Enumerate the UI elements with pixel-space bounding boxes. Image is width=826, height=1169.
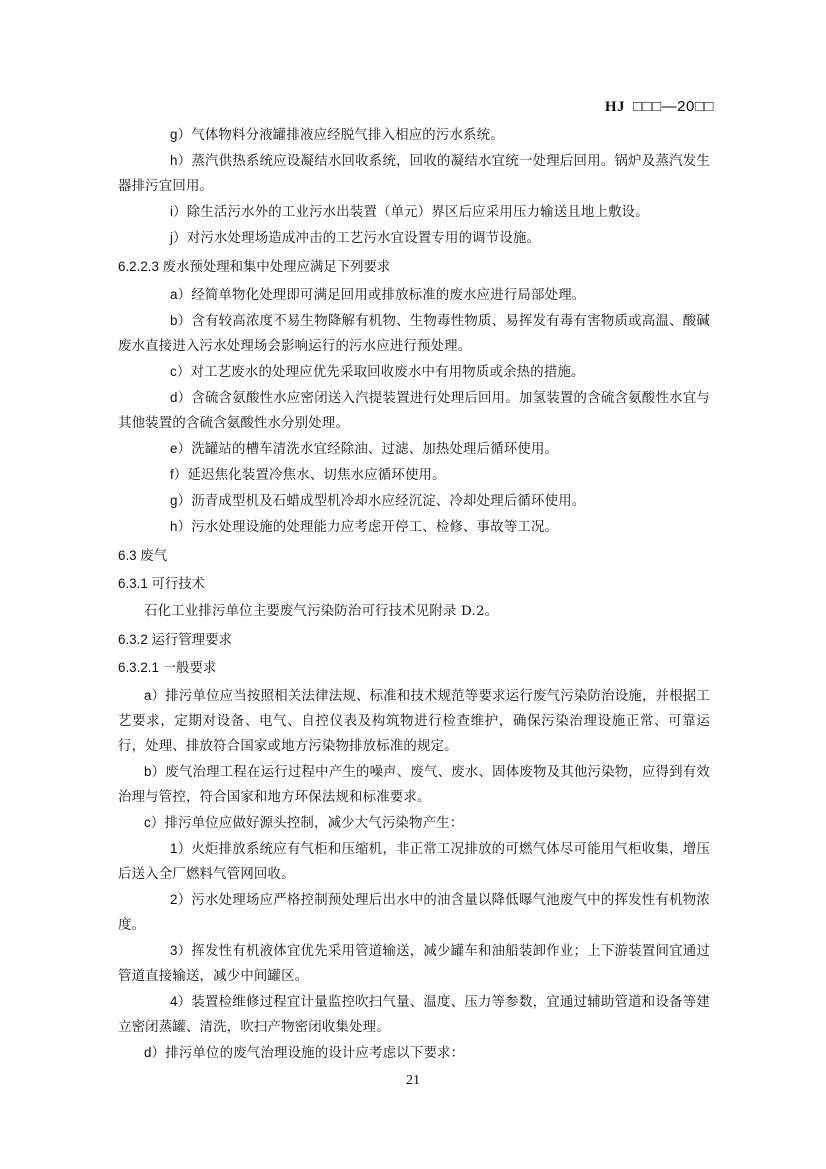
list-label: e） [170, 441, 191, 456]
list-label: c） [144, 815, 165, 830]
paragraph: c）排污单位应做好源头控制，减少大气污染物产生： [118, 810, 710, 836]
list-label: d） [170, 390, 191, 405]
paragraph-text: 排污单位应做好源头控制，减少大气污染物产生： [165, 816, 464, 831]
page-number: 21 [0, 1073, 826, 1089]
paragraph: g）沥青成型机及石蜡成型机冷却水应经沉淀、冷却处理后循环使用。 [118, 488, 710, 514]
section-heading: 6.3.2 运行管理要求 [118, 627, 710, 652]
paragraph: 4）装置检维修过程宜计量监控吹扫气量、温度、压力等参数，宜通过辅助管道和设备等建… [118, 989, 710, 1040]
paragraph-text: 废气治理工程在运行过程中产生的噪声、废气、废水、固体废物及其他污染物，应得到有效… [118, 765, 710, 805]
paragraph: 1）火炬排放系统应有气柜和压缩机，非正常工况排放的可燃气体尽可能用气柜收集，增压… [118, 836, 710, 887]
list-label: f） [170, 467, 188, 482]
paragraph: 石化工业排污单位主要废气污染防治可行技术见附录 D.2。 [118, 599, 710, 624]
paragraph-text: 挥发性有机液体宜优先采用管道输送，减少罐车和油船装卸作业；上下游装置间宜通过管道… [118, 944, 710, 984]
paragraph: a）排污单位应当按照相关法律法规、标准和技术规范等要求运行废气污染防治设施，并根… [118, 683, 710, 759]
paragraph-text: 蒸汽供热系统应设凝结水回收系统，回收的凝结水宜统一处理后回用。锅炉及蒸汽发生器排… [118, 154, 710, 194]
paragraph: j）对污水处理场造成冲击的工艺污水宜设置专用的调节设施。 [118, 225, 710, 251]
list-label: b） [170, 313, 191, 328]
paragraph-text: 污水处理场应严格控制预处理后出水中的油含量以降低曝气池废气中的挥发性有机物浓度。 [118, 893, 710, 933]
paragraph-text: 火炬排放系统应有气柜和压缩机，非正常工况排放的可燃气体尽可能用气柜收集，增压后送… [118, 842, 710, 882]
list-label: g） [170, 493, 191, 508]
list-label: h） [170, 153, 191, 168]
paragraph-text: 对工艺废水的处理应优先采取回收废水中有用物质或余热的措施。 [191, 365, 585, 380]
paragraph: h）蒸汽供热系统应设凝结水回收系统，回收的凝结水宜统一处理后回用。锅炉及蒸汽发生… [118, 148, 710, 199]
paragraph: b）废气治理工程在运行过程中产生的噪声、废气、废水、固体废物及其他污染物，应得到… [118, 759, 710, 810]
list-label: j） [170, 230, 187, 245]
section-heading: 6.3 废气 [118, 543, 710, 568]
list-label: g） [170, 127, 191, 142]
list-label: 1） [170, 841, 191, 856]
document-header: HJ□□□—20□□ [605, 97, 714, 116]
paragraph-text: 洗罐站的槽车清洗水宜经除油、过滤、加热处理后循环使用。 [191, 442, 558, 457]
paragraph: b）含有较高浓度不易生物降解有机物、生物毒性物质、易挥发有毒有害物质或高温、酸碱… [118, 308, 710, 359]
list-label: a） [170, 287, 191, 302]
paragraph: c）对工艺废水的处理应优先采取回收废水中有用物质或余热的措施。 [118, 359, 710, 385]
paragraph-text: 沥青成型机及石蜡成型机冷却水应经沉淀、冷却处理后循环使用。 [191, 494, 585, 509]
paragraph: i）除生活污水外的工业污水出装置（单元）界区后应采用压力输送且地上敷设。 [118, 199, 710, 225]
paragraph: f）延迟焦化装置冷焦水、切焦水应循环使用。 [118, 462, 710, 488]
paragraph-text: 气体物料分液罐排液应经脱气排入相应的污水系统。 [191, 128, 504, 143]
paragraph-text: 经简单物化处理即可满足回用或排放标准的废水应进行局部处理。 [191, 288, 585, 303]
list-label: i） [170, 204, 187, 219]
standard-prefix: HJ [605, 99, 625, 115]
paragraph-text: 排污单位的废气治理设施的设计应考虑以下要求： [165, 1046, 464, 1061]
paragraph: 3）挥发性有机液体宜优先采用管道输送，减少罐车和油船装卸作业；上下游装置间宜通过… [118, 938, 710, 989]
section-heading: 6.3.1 可行技术 [118, 571, 710, 596]
list-label: d） [144, 1045, 165, 1060]
paragraph: d）含硫含氨酸性水应密闭送入汽提装置进行处理后回用。加氢装置的含硫含氨酸性水宜与… [118, 385, 710, 436]
paragraph: 2）污水处理场应严格控制预处理后出水中的油含量以降低曝气池废气中的挥发性有机物浓… [118, 887, 710, 938]
list-label: c） [170, 364, 191, 379]
paragraph-text: 延迟焦化装置冷焦水、切焦水应循环使用。 [188, 468, 446, 483]
paragraph-text: 石化工业排污单位主要废气污染防治可行技术见附录 D.2。 [144, 604, 498, 619]
list-label: h） [170, 519, 191, 534]
paragraph-text: 对污水处理场造成冲击的工艺污水宜设置专用的调节设施。 [187, 231, 540, 246]
list-label: a） [144, 688, 165, 703]
section-heading: 6.3.2.1 一般要求 [118, 655, 710, 680]
list-label: 2） [170, 892, 191, 907]
paragraph-text: 污水处理设施的处理能力应考虑开停工、检修、事故等工况。 [191, 520, 558, 535]
standard-code: □□□—20□□ [633, 98, 714, 115]
paragraph: d）排污单位的废气治理设施的设计应考虑以下要求： [118, 1040, 710, 1066]
paragraph: g）气体物料分液罐排液应经脱气排入相应的污水系统。 [118, 122, 710, 148]
list-label: 3） [170, 943, 191, 958]
paragraph-text: 排污单位应当按照相关法律法规、标准和技术规范等要求运行废气污染防治设施，并根据工… [118, 689, 710, 754]
list-label: b） [144, 764, 165, 779]
paragraph-text: 含有较高浓度不易生物降解有机物、生物毒性物质、易挥发有毒有害物质或高温、酸碱废水… [118, 314, 710, 354]
paragraph: a）经简单物化处理即可满足回用或排放标准的废水应进行局部处理。 [118, 282, 710, 308]
paragraph: e）洗罐站的槽车清洗水宜经除油、过滤、加热处理后循环使用。 [118, 436, 710, 462]
section-heading: 6.2.2.3 废水预处理和集中处理应满足下列要求 [118, 254, 710, 279]
paragraph-text: 含硫含氨酸性水应密闭送入汽提装置进行处理后回用。加氢装置的含硫含氨酸性水宜与其他… [118, 391, 710, 431]
paragraph: h）污水处理设施的处理能力应考虑开停工、检修、事故等工况。 [118, 514, 710, 540]
paragraph-text: 除生活污水外的工业污水出装置（单元）界区后应采用压力输送且地上敷设。 [187, 205, 649, 220]
list-label: 4） [170, 994, 191, 1009]
paragraph-text: 装置检维修过程宜计量监控吹扫气量、温度、压力等参数，宜通过辅助管道和设备等建立密… [118, 995, 710, 1035]
document-body: g）气体物料分液罐排液应经脱气排入相应的污水系统。h）蒸汽供热系统应设凝结水回收… [118, 122, 710, 1066]
